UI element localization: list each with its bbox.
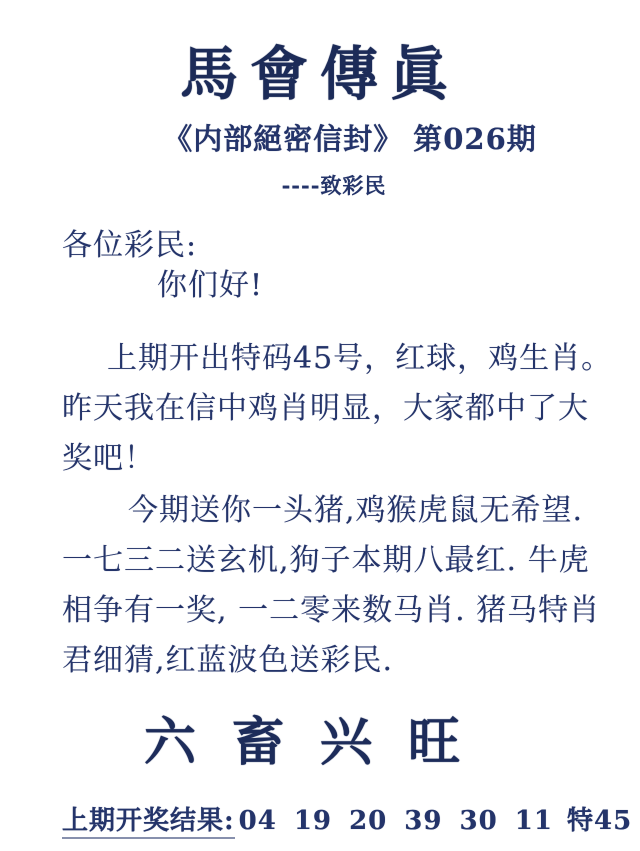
paragraph-last-draw: 上期开出特码45号，红球，鸡生肖。 昨天我在信中鸡肖明显，大家都中了大 奖吧！ xyxy=(62,334,590,484)
dedication-line: ----致彩民 xyxy=(0,170,640,200)
issue-line: 《内部絕密信封》第026期 xyxy=(0,117,640,158)
issue-number: 第026期 xyxy=(413,122,537,156)
paragraph-line: 君细猜,红蓝波色送彩民. xyxy=(62,636,590,686)
paragraph-line: 今期送你一头猪,鸡猴虎鼠无希望. xyxy=(62,486,590,536)
page-title: 馬會傳眞 xyxy=(0,44,640,105)
paragraph-current-tips: 今期送你一头猪,鸡猴虎鼠无希望. 一七三二送玄机,狗子本期八最红. 牛虎 相争有… xyxy=(62,486,590,686)
fax-sheet: 馬會傳眞 《内部絕密信封》第026期 ----致彩民 各位彩民: 你们好! 上期… xyxy=(0,0,640,851)
special-label: 特 xyxy=(567,806,594,836)
salutation: 各位彩民: xyxy=(62,226,590,266)
paragraph-line: 上期开出特码45号，红球，鸡生肖。 xyxy=(62,334,590,384)
greeting: 你们好! xyxy=(62,266,590,306)
last-draw-results: 上期开奖结果:04 19 20 39 30 11特45 xyxy=(62,800,640,837)
results-label: 上期开奖结果: xyxy=(62,806,235,839)
paragraph-line: 奖吧！ xyxy=(62,434,590,484)
special-number: 45 xyxy=(594,806,632,836)
paragraph-line: 相争有一奖, 一二零来数马肖. 猪马特肖 xyxy=(62,586,590,636)
envelope-label: 《内部絕密信封》 xyxy=(163,122,403,156)
results-numbers: 04 19 20 39 30 11 xyxy=(239,806,553,836)
letter-body: 各位彩民: 你们好! 上期开出特码45号，红球，鸡生肖。 昨天我在信中鸡肖明显，… xyxy=(62,226,590,686)
special-number-label: 特45 xyxy=(567,806,632,836)
paragraph-line: 昨天我在信中鸡肖明显，大家都中了大 xyxy=(62,384,590,434)
paragraph-line: 一七三二送玄机,狗子本期八最红. 牛虎 xyxy=(62,536,590,586)
slogan: 六畜兴旺 xyxy=(0,712,640,774)
